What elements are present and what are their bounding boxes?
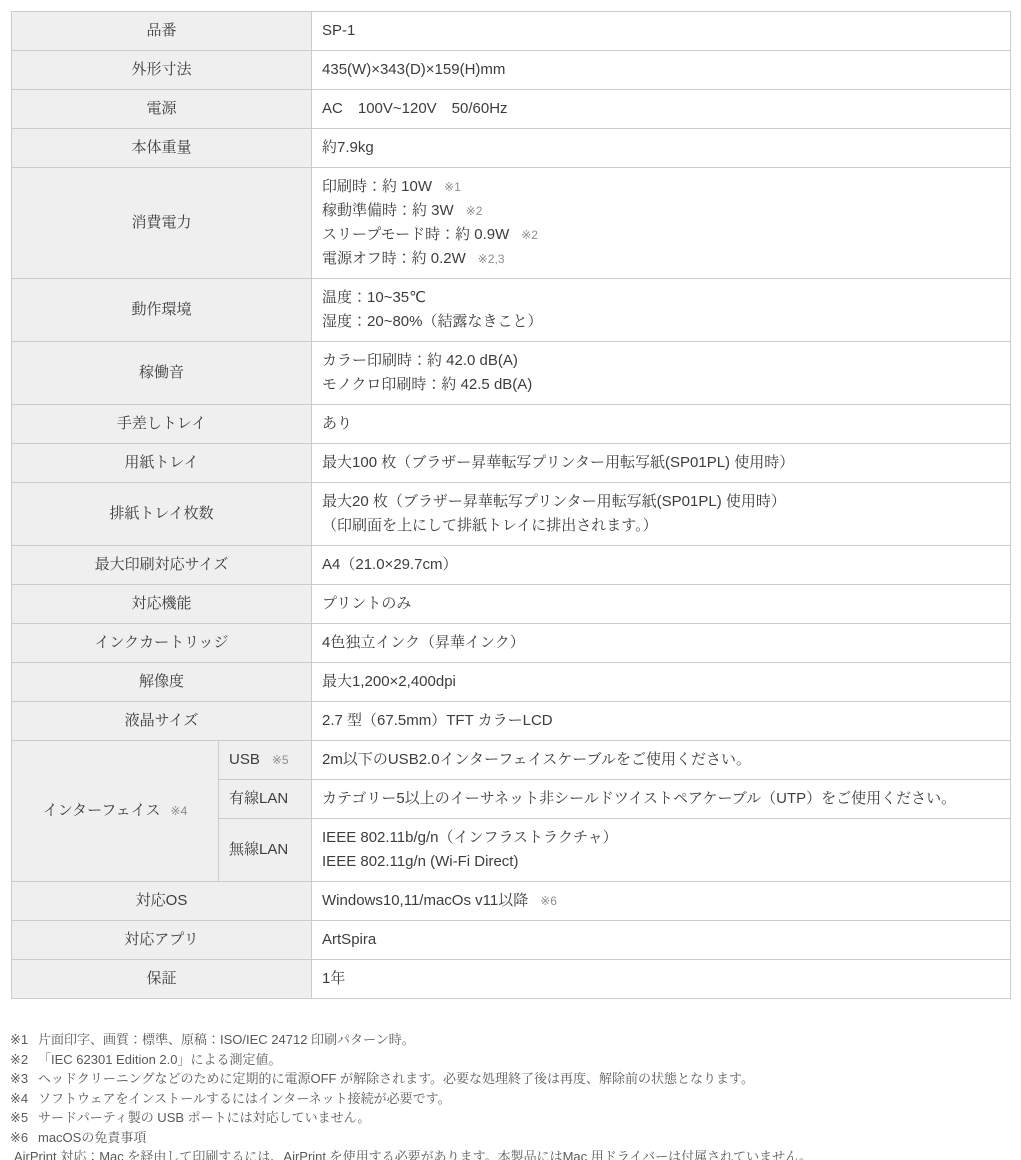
- row-value-text: 最大1,200×2,400dpi: [322, 673, 456, 690]
- row-label-text: 稼働音: [139, 364, 184, 381]
- footnotes-section: ※1 片面印字、画質：標準、原稿：ISO/IEC 24712 印刷パターン時。 …: [0, 999, 1021, 1160]
- row-value: プリントのみ: [312, 585, 1011, 624]
- row-label-text: 動作環境: [132, 301, 192, 318]
- footnote-marker: ※6: [10, 1128, 38, 1148]
- row-label: 対応OS: [12, 882, 312, 921]
- row-warranty: 保証 1年: [12, 960, 1011, 999]
- footnote-text: 片面印字、画質：標準、原稿：ISO/IEC 24712 印刷パターン時。: [38, 1030, 1013, 1050]
- spec-page: 品番 SP-1 外形寸法 435(W)×343(D)×159(H)mm 電源 A…: [0, 0, 1021, 1160]
- row-value-text: 1年: [322, 970, 345, 987]
- footnote-ref: ※4: [171, 804, 188, 818]
- footnote-item: ※3 ヘッドクリーニングなどのために定期的に電源OFF が解除されます。必要な処…: [10, 1069, 1013, 1089]
- footnote-marker: ※1: [10, 1030, 38, 1050]
- footnote-item: ※6 macOSの免責事項: [10, 1128, 1013, 1148]
- row-manual-feed-tray: 手差しトレイ あり: [12, 405, 1011, 444]
- row-value-text: 2.7 型（67.5mm）TFT カラーLCD: [322, 712, 553, 729]
- row-label: インクカートリッジ: [12, 624, 312, 663]
- row-label-text: 対応アプリ: [124, 931, 198, 948]
- row-value: あり: [312, 405, 1011, 444]
- row-label: 対応機能: [12, 585, 312, 624]
- row-power-consumption: 消費電力 印刷時：約 10W※1 稼動準備時：約 3W※2 スリープモード時：約…: [12, 168, 1011, 279]
- row-sublabel-wireless-lan: 無線LAN: [219, 819, 312, 882]
- row-label-text: 保証: [147, 970, 177, 987]
- row-value-text: 約7.9kg: [322, 139, 374, 156]
- row-value-text: 4色独立インク（昇華インク）: [322, 634, 525, 651]
- row-value: SP-1: [312, 12, 1011, 51]
- row-label-text: 最大印刷対応サイズ: [95, 556, 229, 573]
- row-value: 最大100 枚（ブラザー昇華転写プリンター用転写紙(SP01PL) 使用時）: [312, 444, 1011, 483]
- row-value: A4（21.0×29.7cm）: [312, 546, 1011, 585]
- row-value: ArtSpira: [312, 921, 1011, 960]
- footnote-continuation: AirPrint 対応：Mac を経由して印刷するには、AirPrint を使用…: [10, 1147, 1013, 1160]
- footnote-text: 「IEC 62301 Edition 2.0」による測定値。: [38, 1050, 1013, 1070]
- row-label-text: インクカートリッジ: [94, 634, 228, 651]
- row-label: 保証: [12, 960, 312, 999]
- row-operating-noise: 稼働音 カラー印刷時：約 42.0 dB(A) モノクロ印刷時：約 42.5 d…: [12, 342, 1011, 405]
- row-value: 最大20 枚（ブラザー昇華転写プリンター用転写紙(SP01PL) 使用時） （印…: [312, 483, 1011, 546]
- row-value-text: （印刷面を上にして排紙トレイに排出されます。）: [322, 517, 658, 534]
- row-value-text: ArtSpira: [322, 931, 376, 948]
- row-label-text: 外形寸法: [132, 61, 192, 78]
- row-value-text: SP-1: [322, 22, 355, 39]
- row-value: カテゴリー5以上のイーサネット非シールドツイストペアケーブル（UTP）をご使用く…: [312, 780, 1011, 819]
- row-weight: 本体重量 約7.9kg: [12, 129, 1011, 168]
- row-value-text: プリントのみ: [322, 595, 411, 612]
- row-value-text: スリープモード時：約 0.9W: [322, 226, 509, 243]
- row-value-text: 最大100 枚（ブラザー昇華転写プリンター用転写紙(SP01PL) 使用時）: [322, 454, 794, 471]
- row-paper-tray: 用紙トレイ 最大100 枚（ブラザー昇華転写プリンター用転写紙(SP01PL) …: [12, 444, 1011, 483]
- row-value: 約7.9kg: [312, 129, 1011, 168]
- row-value: 2.7 型（67.5mm）TFT カラーLCD: [312, 702, 1011, 741]
- row-label: 液晶サイズ: [12, 702, 312, 741]
- row-value-text: モノクロ印刷時：約 42.5 dB(A): [322, 376, 532, 393]
- row-label-text: 電源: [147, 100, 177, 117]
- row-label-text: 対応OS: [136, 892, 188, 909]
- row-value: 435(W)×343(D)×159(H)mm: [312, 51, 1011, 90]
- row-label-text: 解像度: [139, 673, 184, 690]
- row-value-text: A4（21.0×29.7cm）: [322, 556, 458, 573]
- footnote-item: ※5 サードパーティ製の USB ポートには対応していません。: [10, 1108, 1013, 1128]
- row-label: 対応アプリ: [12, 921, 312, 960]
- footnote-text: ヘッドクリーニングなどのために定期的に電源OFF が解除されます。必要な処理終了…: [38, 1069, 1013, 1089]
- row-label: 外形寸法: [12, 51, 312, 90]
- row-label: 本体重量: [12, 129, 312, 168]
- footnote-ref: ※2,3: [478, 252, 505, 266]
- row-label-text: 用紙トレイ: [124, 454, 198, 471]
- row-value-text: IEEE 802.11b/g/n（インフラストラクチャ）: [322, 829, 618, 846]
- row-supported-functions: 対応機能 プリントのみ: [12, 585, 1011, 624]
- row-label-text: 本体重量: [132, 139, 192, 156]
- row-output-tray-capacity: 排紙トレイ枚数 最大20 枚（ブラザー昇華転写プリンター用転写紙(SP01PL)…: [12, 483, 1011, 546]
- row-value: 4色独立インク（昇華インク）: [312, 624, 1011, 663]
- row-value: AC 100V~120V 50/60Hz: [312, 90, 1011, 129]
- row-value: 温度：10~35℃ 湿度：20~80%（結露なきこと）: [312, 279, 1011, 342]
- row-value-text: AC 100V~120V 50/60Hz: [322, 100, 508, 117]
- row-sublabel-text: 有線LAN: [229, 790, 288, 807]
- row-value-text: 稼動準備時：約 3W: [322, 202, 454, 219]
- row-label-text: インターフェイス: [43, 802, 161, 819]
- footnote-ref: ※1: [444, 180, 461, 194]
- row-max-print-size: 最大印刷対応サイズ A4（21.0×29.7cm）: [12, 546, 1011, 585]
- row-operating-environment: 動作環境 温度：10~35℃ 湿度：20~80%（結露なきこと）: [12, 279, 1011, 342]
- row-value-text: 電源オフ時：約 0.2W: [322, 250, 466, 267]
- row-label: 解像度: [12, 663, 312, 702]
- row-value-text: カテゴリー5以上のイーサネット非シールドツイストペアケーブル（UTP）をご使用く…: [322, 790, 956, 807]
- row-value-text: IEEE 802.11g/n (Wi-Fi Direct): [322, 853, 518, 870]
- row-label-interface: インターフェイス※4: [12, 741, 219, 882]
- row-label: 消費電力: [12, 168, 312, 279]
- row-value-text: カラー印刷時：約 42.0 dB(A): [322, 352, 518, 369]
- row-value: 1年: [312, 960, 1011, 999]
- row-label-text: 手差しトレイ: [117, 415, 206, 432]
- row-value: 最大1,200×2,400dpi: [312, 663, 1011, 702]
- row-sublabel-wired-lan: 有線LAN: [219, 780, 312, 819]
- row-label: 最大印刷対応サイズ: [12, 546, 312, 585]
- row-value-text: 印刷時：約 10W: [322, 178, 432, 195]
- row-model-number: 品番 SP-1: [12, 12, 1011, 51]
- row-interface-usb: インターフェイス※4 USB※5 2m以下のUSB2.0インターフェイスケーブル…: [12, 741, 1011, 780]
- row-resolution: 解像度 最大1,200×2,400dpi: [12, 663, 1011, 702]
- row-label: 稼働音: [12, 342, 312, 405]
- row-value: IEEE 802.11b/g/n（インフラストラクチャ） IEEE 802.11…: [312, 819, 1011, 882]
- footnote-item: ※4 ソフトウェアをインストールするにはインターネット接続が必要です。: [10, 1089, 1013, 1109]
- row-power-source: 電源 AC 100V~120V 50/60Hz: [12, 90, 1011, 129]
- footnote-text: ソフトウェアをインストールするにはインターネット接続が必要です。: [38, 1089, 1013, 1109]
- row-value-text: Windows10,11/macOs v11以降: [322, 892, 528, 909]
- row-label: 電源: [12, 90, 312, 129]
- row-label: 手差しトレイ: [12, 405, 312, 444]
- row-dimensions: 外形寸法 435(W)×343(D)×159(H)mm: [12, 51, 1011, 90]
- footnote-ref: ※5: [272, 753, 289, 767]
- row-supported-app: 対応アプリ ArtSpira: [12, 921, 1011, 960]
- row-value-text: 2m以下のUSB2.0インターフェイスケーブルをご使用ください。: [322, 751, 751, 768]
- row-value-text: あり: [322, 415, 352, 432]
- footnote-marker: ※5: [10, 1108, 38, 1128]
- row-value-text: 湿度：20~80%（結露なきこと）: [322, 313, 542, 330]
- row-value-text: 温度：10~35℃: [322, 289, 426, 306]
- row-value-text: 最大20 枚（ブラザー昇華転写プリンター用転写紙(SP01PL) 使用時）: [322, 493, 786, 510]
- footnote-item: ※1 片面印字、画質：標準、原稿：ISO/IEC 24712 印刷パターン時。: [10, 1030, 1013, 1050]
- row-sublabel-text: 無線LAN: [229, 841, 288, 858]
- row-label: 動作環境: [12, 279, 312, 342]
- row-ink-cartridge: インクカートリッジ 4色独立インク（昇華インク）: [12, 624, 1011, 663]
- row-sublabel-usb: USB※5: [219, 741, 312, 780]
- footnote-ref: ※6: [540, 894, 557, 908]
- spec-table: 品番 SP-1 外形寸法 435(W)×343(D)×159(H)mm 電源 A…: [11, 11, 1011, 999]
- row-sublabel-text: USB: [229, 751, 260, 768]
- footnote-text: サードパーティ製の USB ポートには対応していません。: [38, 1108, 1013, 1128]
- footnote-ref: ※2: [466, 204, 483, 218]
- footnote-text: macOSの免責事項: [38, 1128, 1013, 1148]
- row-label: 用紙トレイ: [12, 444, 312, 483]
- row-value: Windows10,11/macOs v11以降※6: [312, 882, 1011, 921]
- footnote-ref: ※2: [521, 228, 538, 242]
- footnote-marker: ※3: [10, 1069, 38, 1089]
- row-value: カラー印刷時：約 42.0 dB(A) モノクロ印刷時：約 42.5 dB(A): [312, 342, 1011, 405]
- footnote-item: ※2 「IEC 62301 Edition 2.0」による測定値。: [10, 1050, 1013, 1070]
- spec-table-container: 品番 SP-1 外形寸法 435(W)×343(D)×159(H)mm 電源 A…: [0, 0, 1021, 999]
- row-label-text: 消費電力: [132, 214, 192, 231]
- footnote-marker: ※4: [10, 1089, 38, 1109]
- row-value-text: 435(W)×343(D)×159(H)mm: [322, 61, 505, 78]
- row-supported-os: 対応OS Windows10,11/macOs v11以降※6: [12, 882, 1011, 921]
- row-label-text: 排紙トレイ枚数: [109, 505, 213, 522]
- row-label-text: 品番: [147, 22, 177, 39]
- row-label-text: 対応機能: [132, 595, 192, 612]
- footnote-marker: ※2: [10, 1050, 38, 1070]
- row-label: 排紙トレイ枚数: [12, 483, 312, 546]
- row-label-text: 液晶サイズ: [125, 712, 199, 729]
- row-lcd-size: 液晶サイズ 2.7 型（67.5mm）TFT カラーLCD: [12, 702, 1011, 741]
- row-value: 印刷時：約 10W※1 稼動準備時：約 3W※2 スリープモード時：約 0.9W…: [312, 168, 1011, 279]
- row-value: 2m以下のUSB2.0インターフェイスケーブルをご使用ください。: [312, 741, 1011, 780]
- row-label: 品番: [12, 12, 312, 51]
